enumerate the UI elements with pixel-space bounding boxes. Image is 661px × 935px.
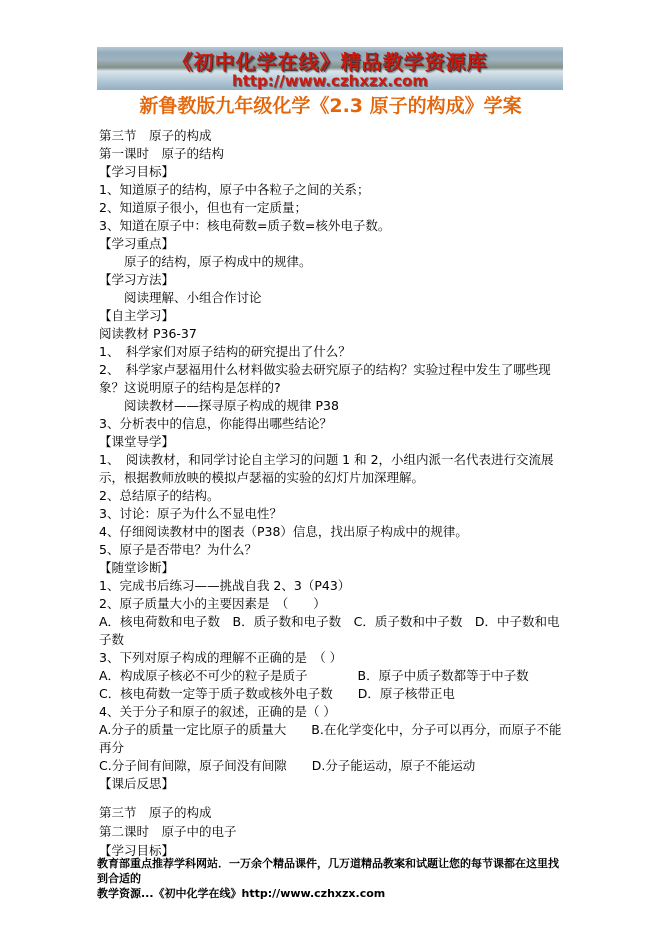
text-line: 3、知道在原子中：核电荷数=质子数=核外电子数。 bbox=[99, 217, 563, 235]
text-line: 3、分析表中的信息，你能得出哪些结论？ bbox=[99, 415, 563, 433]
text-line: C．核电荷数一定等于质子数或核外电子数 D．原子核带正电 bbox=[99, 685, 563, 703]
text-line: 3、讨论：原子为什么不显电性？ bbox=[99, 505, 563, 523]
text-line: 5、原子是否带电？为什么？ bbox=[99, 541, 563, 559]
footer-url-link[interactable]: http://www.czhxzx.com bbox=[242, 887, 386, 900]
text-line: A．构成原子核必不可少的粒子是质子 B．原子中质子数都等于中子数 bbox=[99, 667, 563, 685]
footer-promo-line: 教育部重点推荐学科网站．一万余个精品课件，几万道精品教案和试题让您的每节课都在这… bbox=[97, 856, 567, 886]
text-line: 第三节 原子的构成 bbox=[99, 127, 563, 145]
text-line: 阅读理解、小组合作讨论 bbox=[99, 289, 563, 307]
text-line: 1、完成书后练习——挑战自我 2、3（P43） bbox=[99, 577, 563, 595]
text-line: A．核电荷数和电子数 B．质子数和电子数 C．质子数和中子数 D．中子数和电子数 bbox=[99, 613, 563, 649]
text-line: A.分子的质量一定比原子的质量大 B.在化学变化中，分子可以再分，而原子不能再分 bbox=[99, 721, 563, 757]
text-line: 2、 科学家卢瑟福用什么材料做实验去研究原子的结构？实验过程中发生了哪些现象？这… bbox=[99, 361, 563, 397]
text-line: 【课后反思】 bbox=[99, 775, 563, 793]
text-line: 【学习目标】 bbox=[99, 163, 563, 181]
footer-source-line: 教学资源...《初中化学在线》http://www.czhxzx.com bbox=[97, 886, 567, 901]
page-footer: 教育部重点推荐学科网站．一万余个精品课件，几万道精品教案和试题让您的每节课都在这… bbox=[97, 856, 567, 901]
text-line: 2、原子质量大小的主要因素是 （ ） bbox=[99, 595, 563, 613]
text-line: 2、知道原子很小，但也有一定质量； bbox=[99, 199, 563, 217]
site-banner-title: 《初中化学在线》精品教学资源库 bbox=[97, 50, 563, 74]
lesson-1-text-block: 第三节 原子的构成第一课时 原子的结构【学习目标】1、知道原子的结构，原子中各粒… bbox=[99, 127, 563, 793]
text-line: 原子的结构，原子构成中的规律。 bbox=[99, 253, 563, 271]
text-line: 【学习方法】 bbox=[99, 271, 563, 289]
text-line: 【学习重点】 bbox=[99, 235, 563, 253]
text-line: 阅读教材——探寻原子构成的规律 P38 bbox=[99, 397, 563, 415]
text-line: 1、 科学家们对原子结构的研究提出了什么？ bbox=[99, 343, 563, 361]
text-line: 1、知道原子的结构，原子中各粒子之间的关系； bbox=[99, 181, 563, 199]
document-page: 《初中化学在线》精品教学资源库 http://www.czhxzx.com 新鲁… bbox=[0, 0, 661, 935]
site-banner-image: 《初中化学在线》精品教学资源库 http://www.czhxzx.com bbox=[97, 47, 563, 90]
text-line: 第二课时 原子中的电子 bbox=[99, 822, 563, 841]
site-banner-url-link[interactable]: http://www.czhxzx.com bbox=[97, 74, 563, 89]
text-line: 第三节 原子的构成 bbox=[99, 803, 563, 822]
page-title: 新鲁教版九年级化学《2.3 原子的构成》学案 bbox=[0, 93, 661, 119]
text-line: 【随堂诊断】 bbox=[99, 559, 563, 577]
text-line: 2、总结原子的结构。 bbox=[99, 487, 563, 505]
text-line: 【自主学习】 bbox=[99, 307, 563, 325]
text-line: 4、仔细阅读教材中的图表（P38）信息，找出原子构成中的规律。 bbox=[99, 523, 563, 541]
text-line: 3、下列对原子构成的理解不正确的是 （ ） bbox=[99, 649, 563, 667]
text-line: 阅读教材 P36-37 bbox=[99, 325, 563, 343]
footer-source-text: 教学资源...《初中化学在线》 bbox=[97, 887, 242, 900]
text-line: 4、关于分子和原子的叙述，正确的是（ ） bbox=[99, 703, 563, 721]
lesson-2-text-block: 第三节 原子的构成第二课时 原子中的电子【学习目标】 bbox=[99, 803, 563, 860]
text-line: 1、 阅读教材，和同学讨论自主学习的问题 1 和 2，小组内派一名代表进行交流展… bbox=[99, 451, 563, 487]
text-line: 【课堂导学】 bbox=[99, 433, 563, 451]
text-line: C.分子间有间隙，原子间没有间隙 D.分子能运动，原子不能运动 bbox=[99, 757, 563, 775]
text-line: 第一课时 原子的结构 bbox=[99, 145, 563, 163]
